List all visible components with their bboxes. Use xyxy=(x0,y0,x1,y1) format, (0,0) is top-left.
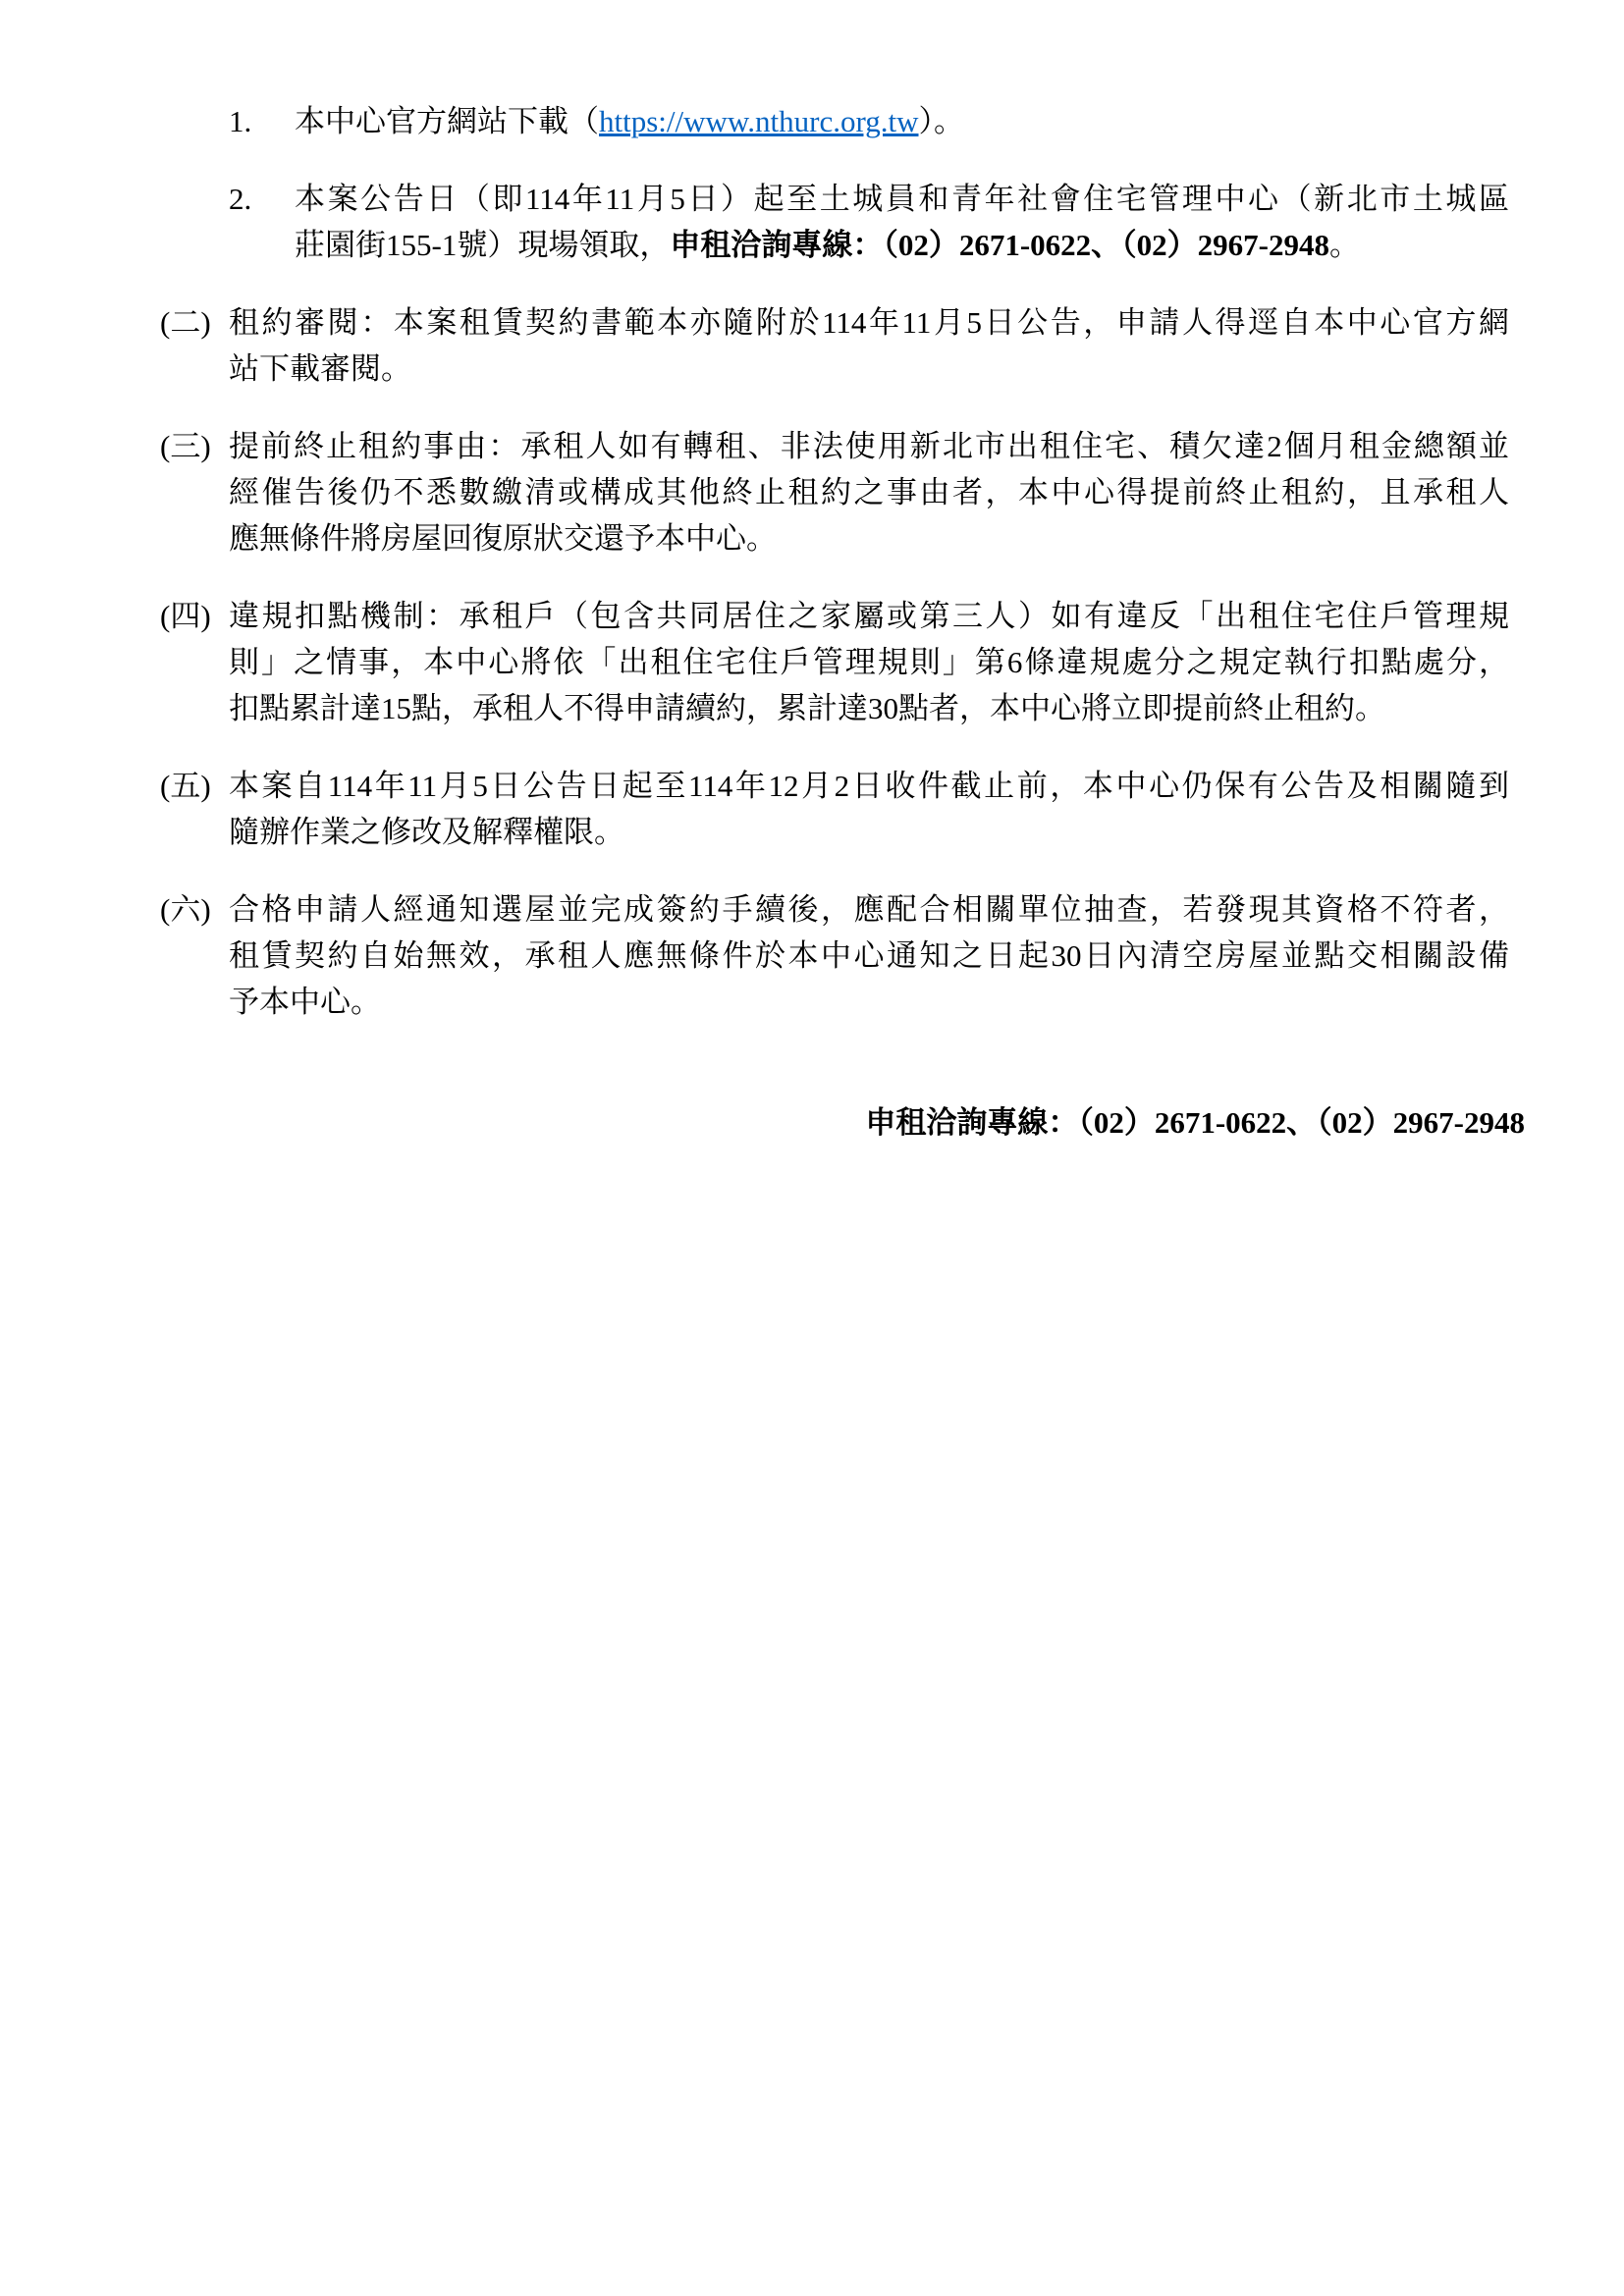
body-text: 莊園街155-1號）現場領取， xyxy=(295,228,670,262)
paragraph-list: 1.本中心官方網站下載（https://www.nthurc.org.tw）。2… xyxy=(160,98,1509,1025)
contact-hotline-footer: 申租洽詢專線：（02）2671-0622、（02）2967-2948 xyxy=(160,1099,1525,1146)
paragraph-text: 本中心官方網站下載（https://www.nthurc.org.tw）。 xyxy=(295,98,1509,144)
text-line: 經催告後仍不悉數繳清或構成其他終止租約之事由者，本中心得提前終止租約，且承租人 xyxy=(229,469,1509,515)
body-text: 違規扣點機制：承租戶（包含共同居住之家屬或第三人）如有違反「出租住宅住戶管理規 xyxy=(229,599,1509,633)
list-marker: 2. xyxy=(229,176,251,222)
text-line: 站下載審閱。 xyxy=(229,346,1509,392)
hotline-text: 申租洽詢專線：（02）2671-0622、（02）2967-2948 xyxy=(865,1105,1525,1140)
paragraph-text: 合格申請人經通知選屋並完成簽約手續後，應配合相關單位抽查，若發現其資格不符者，租… xyxy=(229,886,1509,1025)
paragraph-text: 本案公告日（即114年11月5日）起至土城員和青年社會住宅管理中心（新北市土城區… xyxy=(295,176,1509,268)
text-line: 本案公告日（即114年11月5日）起至土城員和青年社會住宅管理中心（新北市土城區 xyxy=(295,176,1509,222)
body-text: 本中心官方網站下載（ xyxy=(295,104,599,138)
body-text: 經催告後仍不悉數繳清或構成其他終止租約之事由者，本中心得提前終止租約，且承租人 xyxy=(229,475,1509,509)
list-marker: (六) xyxy=(160,886,211,933)
text-line: 合格申請人經通知選屋並完成簽約手續後，應配合相關單位抽查，若發現其資格不符者， xyxy=(229,886,1509,933)
body-text: 租賃契約自始無效，承租人應無條件於本中心通知之日起30日內清空房屋並點交相關設備 xyxy=(229,938,1509,973)
clause-2-contract-review: (二)租約審閱：本案租賃契約書範本亦隨附於114年11月5日公告，申請人得逕自本… xyxy=(160,299,1509,392)
body-text: 扣點累計達15點，承租人不得申請續約，累計達30點者，本中心將立即提前終止租約。 xyxy=(229,691,1385,725)
website-link[interactable]: https://www.nthurc.org.tw xyxy=(599,104,919,138)
text-line: 予本中心。 xyxy=(229,979,1509,1025)
document-page: 1.本中心官方網站下載（https://www.nthurc.org.tw）。2… xyxy=(0,0,1624,2296)
body-text: ）。 xyxy=(919,104,965,138)
paragraph-text: 提前終止租約事由：承租人如有轉租、非法使用新北市出租住宅、積欠達2個月租金總額並… xyxy=(229,423,1509,561)
paragraph-text: 本案自114年11月5日公告日起至114年12月2日收件截止前，本中心仍保有公告… xyxy=(229,763,1509,855)
document-body: 1.本中心官方網站下載（https://www.nthurc.org.tw）。2… xyxy=(160,98,1509,1146)
text-line: 扣點累計達15點，承租人不得申請續約，累計達30點者，本中心將立即提前終止租約。 xyxy=(229,685,1509,731)
text-line: 則」之情事，本中心將依「出租住宅住戶管理規則」第6條違規處分之規定執行扣點處分， xyxy=(229,639,1509,685)
text-line: 莊園街155-1號）現場領取，申租洽詢專線：（02）2671-0622、（02）… xyxy=(295,222,1509,268)
body-text: 本案公告日（即114年11月5日）起至土城員和青年社會住宅管理中心（新北市土城區 xyxy=(295,182,1509,216)
clause-4-penalty-points: (四)違規扣點機制：承租戶（包含共同居住之家屬或第三人）如有違反「出租住宅住戶管… xyxy=(160,593,1509,731)
text-line: 租約審閱：本案租賃契約書範本亦隨附於114年11月5日公告，申請人得逕自本中心官… xyxy=(229,299,1509,346)
body-text: 則」之情事，本中心將依「出租住宅住戶管理規則」第6條違規處分之規定執行扣點處分， xyxy=(229,645,1509,679)
body-text: 本案自114年11月5日公告日起至114年12月2日收件截止前，本中心仍保有公告… xyxy=(229,769,1509,803)
text-line: 租賃契約自始無效，承租人應無條件於本中心通知之日起30日內清空房屋並點交相關設備 xyxy=(229,933,1509,979)
clause-3-early-termination: (三)提前終止租約事由：承租人如有轉租、非法使用新北市出租住宅、積欠達2個月租金… xyxy=(160,423,1509,561)
text-line: 隨辦作業之修改及解釋權限。 xyxy=(229,809,1509,855)
text-line: 本中心官方網站下載（https://www.nthurc.org.tw）。 xyxy=(295,98,1509,144)
paragraph-text: 違規扣點機制：承租戶（包含共同居住之家屬或第三人）如有違反「出租住宅住戶管理規則… xyxy=(229,593,1509,731)
body-text: 應無條件將房屋回復原狀交還予本中心。 xyxy=(229,521,777,556)
paragraph-text: 租約審閱：本案租賃契約書範本亦隨附於114年11月5日公告，申請人得逕自本中心官… xyxy=(229,299,1509,392)
sub-item-1: 1.本中心官方網站下載（https://www.nthurc.org.tw）。 xyxy=(160,98,1509,144)
list-marker: (四) xyxy=(160,593,211,639)
text-line: 本案自114年11月5日公告日起至114年12月2日收件截止前，本中心仍保有公告… xyxy=(229,763,1509,809)
body-text: 站下載審閱。 xyxy=(229,351,411,386)
body-text: 予本中心。 xyxy=(229,985,381,1019)
clause-5-amendment-rights: (五)本案自114年11月5日公告日起至114年12月2日收件截止前，本中心仍保… xyxy=(160,763,1509,855)
list-marker: (二) xyxy=(160,299,211,346)
list-marker: (五) xyxy=(160,763,211,809)
body-text: 。 xyxy=(1329,228,1360,262)
body-text: 提前終止租約事由：承租人如有轉租、非法使用新北市出租住宅、積欠達2個月租金總額並 xyxy=(229,429,1509,463)
hotline-bold-text: 申租洽詢專線：（02）2671-0622、（02）2967-2948 xyxy=(670,228,1329,262)
sub-item-2: 2.本案公告日（即114年11月5日）起至土城員和青年社會住宅管理中心（新北市土… xyxy=(160,176,1509,268)
body-text: 合格申請人經通知選屋並完成簽約手續後，應配合相關單位抽查，若發現其資格不符者， xyxy=(229,892,1509,927)
text-line: 提前終止租約事由：承租人如有轉租、非法使用新北市出租住宅、積欠達2個月租金總額並 xyxy=(229,423,1509,469)
text-line: 違規扣點機制：承租戶（包含共同居住之家屬或第三人）如有違反「出租住宅住戶管理規 xyxy=(229,593,1509,639)
list-marker: (三) xyxy=(160,423,211,469)
clause-6-eligibility-check: (六)合格申請人經通知選屋並完成簽約手續後，應配合相關單位抽查，若發現其資格不符… xyxy=(160,886,1509,1025)
list-marker: 1. xyxy=(229,98,251,144)
text-line: 應無條件將房屋回復原狀交還予本中心。 xyxy=(229,515,1509,561)
body-text: 隨辦作業之修改及解釋權限。 xyxy=(229,815,624,849)
body-text: 租約審閱：本案租賃契約書範本亦隨附於114年11月5日公告，申請人得逕自本中心官… xyxy=(229,305,1509,340)
